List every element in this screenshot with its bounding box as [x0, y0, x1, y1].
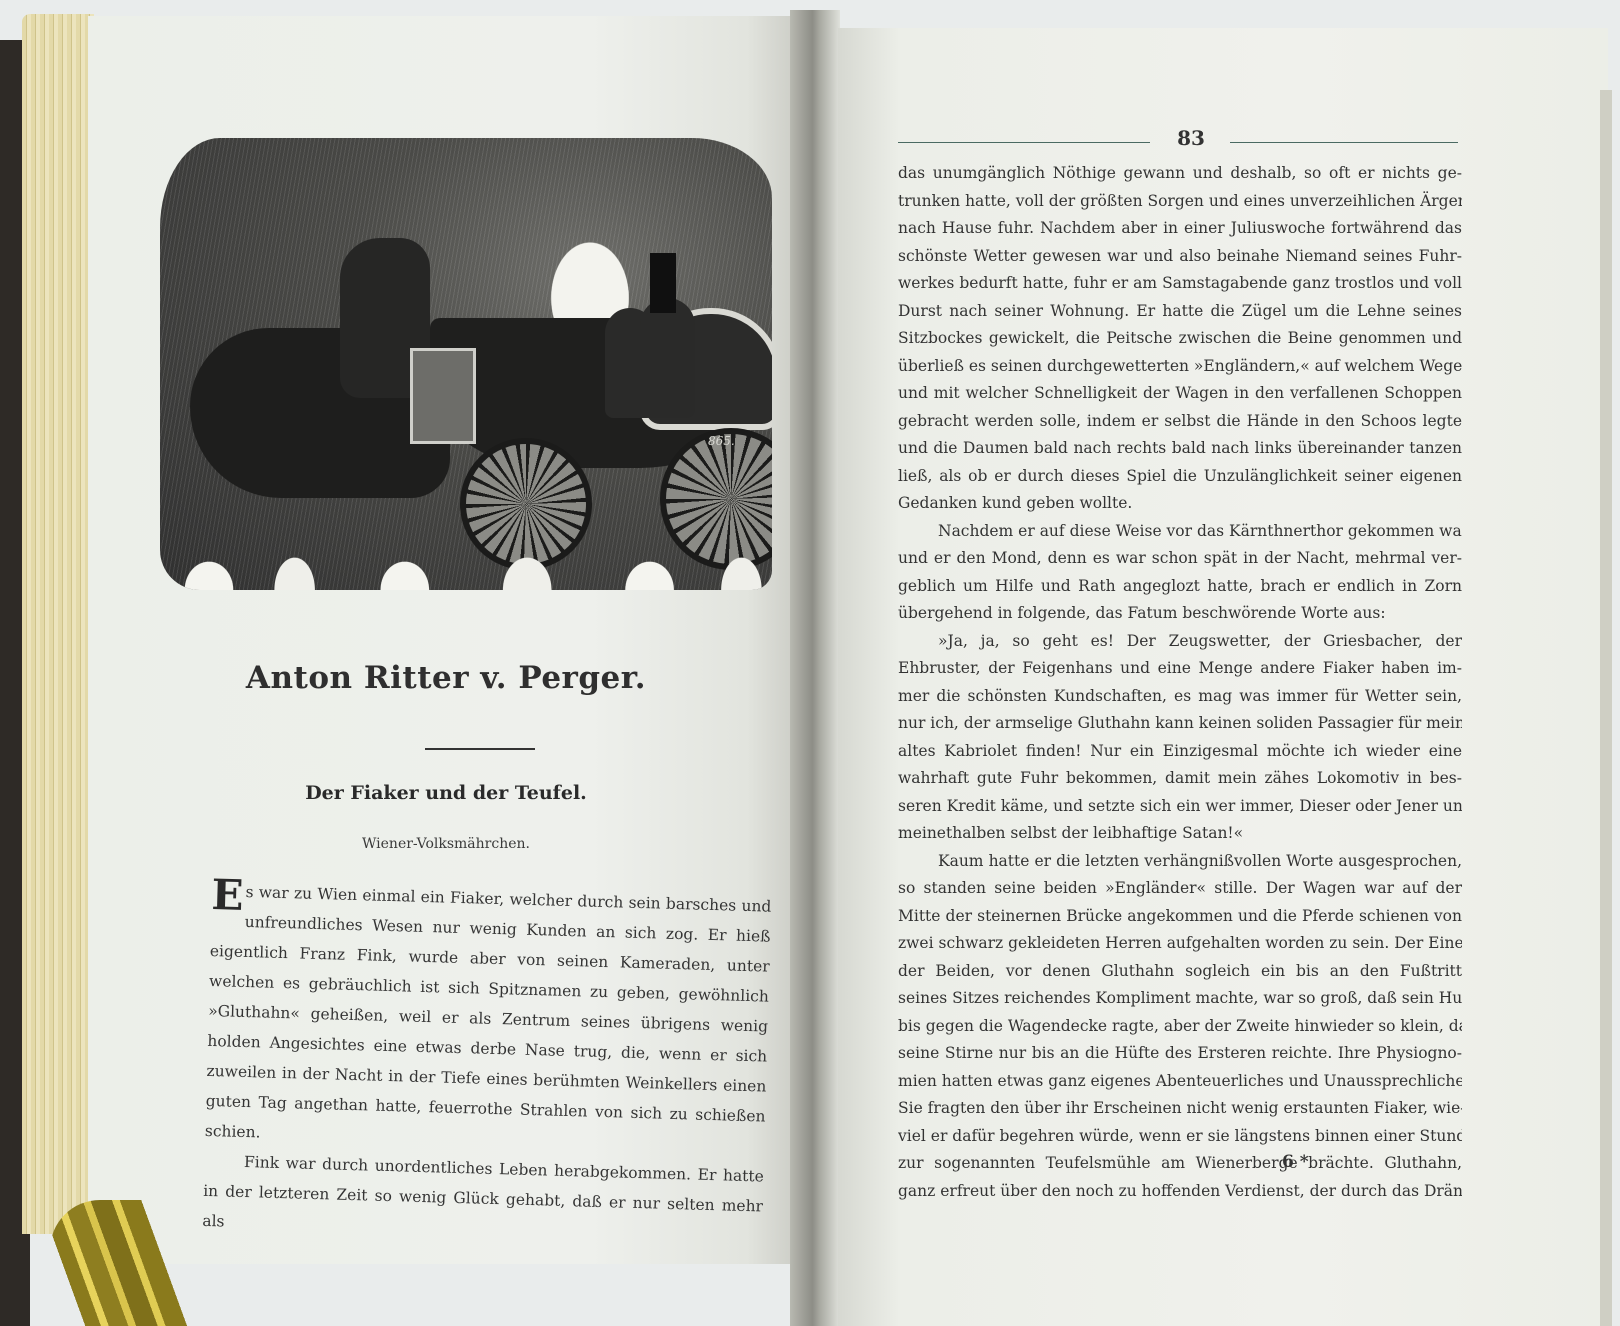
text-line: ließ, als ob er durch dieses Spiel die U…	[898, 463, 1462, 491]
carriage-panel	[410, 348, 476, 444]
text-line: nach Hause fuhr. Nachdem aber in einer J…	[898, 215, 1462, 243]
text-line: mien hatten etwas ganz eigenes Abenteuer…	[898, 1068, 1462, 1096]
text-line: seines Sitzes reichendes Kompliment mach…	[898, 985, 1462, 1013]
signature-mark: 6 *	[1282, 1152, 1309, 1172]
text-line: Mitte der steinernen Brücke angekommen u…	[898, 903, 1462, 931]
top-hat-icon	[650, 253, 676, 313]
author-heading: Anton Ritter v. Perger.	[88, 660, 804, 696]
text-line: mer die schönsten Kundschaften, es mag w…	[898, 683, 1462, 711]
header-rule	[1230, 142, 1458, 143]
carriage-number: 865.	[708, 434, 735, 448]
text-line: altes Kabriolet finden! Nur ein Einziges…	[898, 738, 1462, 766]
text-line: seine Stirne nur bis an die Hüfte des Er…	[898, 1040, 1462, 1068]
title-divider	[425, 748, 535, 750]
text-line: ganz erfreut über den noch zu hoffenden …	[898, 1178, 1462, 1206]
text-line: das unumgänglich Nöthige gewann und desh…	[898, 160, 1462, 188]
story-title: Der Fiaker und der Teufel.	[88, 782, 804, 804]
brass-bookmark-clip	[50, 1200, 200, 1326]
page-number: 83	[1156, 126, 1226, 150]
text-line: wahrhaft gute Fuhr bekommen, damit mein …	[898, 765, 1462, 793]
text-line: trunken hatte, voll der größten Sorgen u…	[898, 188, 1462, 216]
paragraph-text: s war zu Wien einmal ein Fiaker, welcher…	[205, 883, 772, 1142]
text-line: schönste Wetter gewesen war und also bei…	[898, 243, 1462, 271]
text-line: und die Daumen bald nach rechts bald nac…	[898, 435, 1462, 463]
flames-decoration	[160, 470, 772, 590]
paragraph: Fink war durch unordentliches Leben hera…	[202, 1146, 764, 1252]
text-line: nur ich, der armselige Gluthahn kann kei…	[898, 710, 1462, 738]
text-line: gebracht werden solle, indem er selbst d…	[898, 408, 1462, 436]
text-line: zur sogenannten Teufelsmühle am Wienerbe…	[898, 1150, 1462, 1178]
text-line: Nachdem er auf diese Weise vor das Kärnt…	[898, 518, 1462, 546]
text-line: Kaum hatte er die letzten verhängnißvoll…	[898, 848, 1462, 876]
text-line: überließ es seinen durchgewetterten »Eng…	[898, 353, 1462, 381]
page-edge	[1600, 90, 1612, 1326]
text-line: bis gegen die Wagendecke ragte, aber der…	[898, 1013, 1462, 1041]
text-line: »Ja, ja, so geht es! Der Zeugswetter, de…	[898, 628, 1462, 656]
page-edges	[22, 14, 94, 1234]
drop-cap: E	[211, 876, 244, 915]
text-line: werkes bedurft hatte, fuhr er am Samstag…	[898, 270, 1462, 298]
text-line: übergehend in folgende, das Fatum beschw…	[898, 600, 1462, 628]
text-line: seren Kredit käme, und setzte sich ein w…	[898, 793, 1462, 821]
text-line: Sie fragten den über ihr Erscheinen nich…	[898, 1095, 1462, 1123]
engraving-illustration: 865.	[160, 138, 772, 590]
text-line: und mit welcher Schnelligkeit der Wagen …	[898, 380, 1462, 408]
text-line: und er den Mond, denn es war schon spät …	[898, 545, 1462, 573]
text-line: Durst nach seiner Wohnung. Er hatte die …	[898, 298, 1462, 326]
text-line: meinethalben selbst der leibhaftige Sata…	[898, 820, 1462, 848]
right-page-body: das unumgänglich Nöthige gewann und desh…	[898, 160, 1462, 1205]
text-line: Ehbruster, der Feigenhans und eine Menge…	[898, 655, 1462, 683]
text-line: Sitzbockes gewickelt, die Peitsche zwisc…	[898, 325, 1462, 353]
paragraph: Es war zu Wien einmal ein Fiaker, welche…	[204, 876, 771, 1162]
text-line: zwei schwarz gekleideten Herren aufgehal…	[898, 930, 1462, 958]
text-line: der Beiden, vor denen Gluthahn sogleich …	[898, 958, 1462, 986]
left-page-body: Es war zu Wien einmal ein Fiaker, welche…	[202, 876, 772, 1251]
text-line: geblich um Hilfe und Rath angeglozt hatt…	[898, 573, 1462, 601]
book-gutter	[790, 10, 840, 1326]
devil-figure	[640, 298, 695, 418]
story-subtitle: Wiener-Volksmährchen.	[88, 836, 804, 852]
running-head: 83	[898, 130, 1458, 154]
text-line: viel er dafür begehren würde, wenn er si…	[898, 1123, 1462, 1151]
text-line: so standen seine beiden »Engländer« stil…	[898, 875, 1462, 903]
text-line: Gedanken kund geben wollte.	[898, 490, 1462, 518]
header-rule	[898, 142, 1150, 143]
